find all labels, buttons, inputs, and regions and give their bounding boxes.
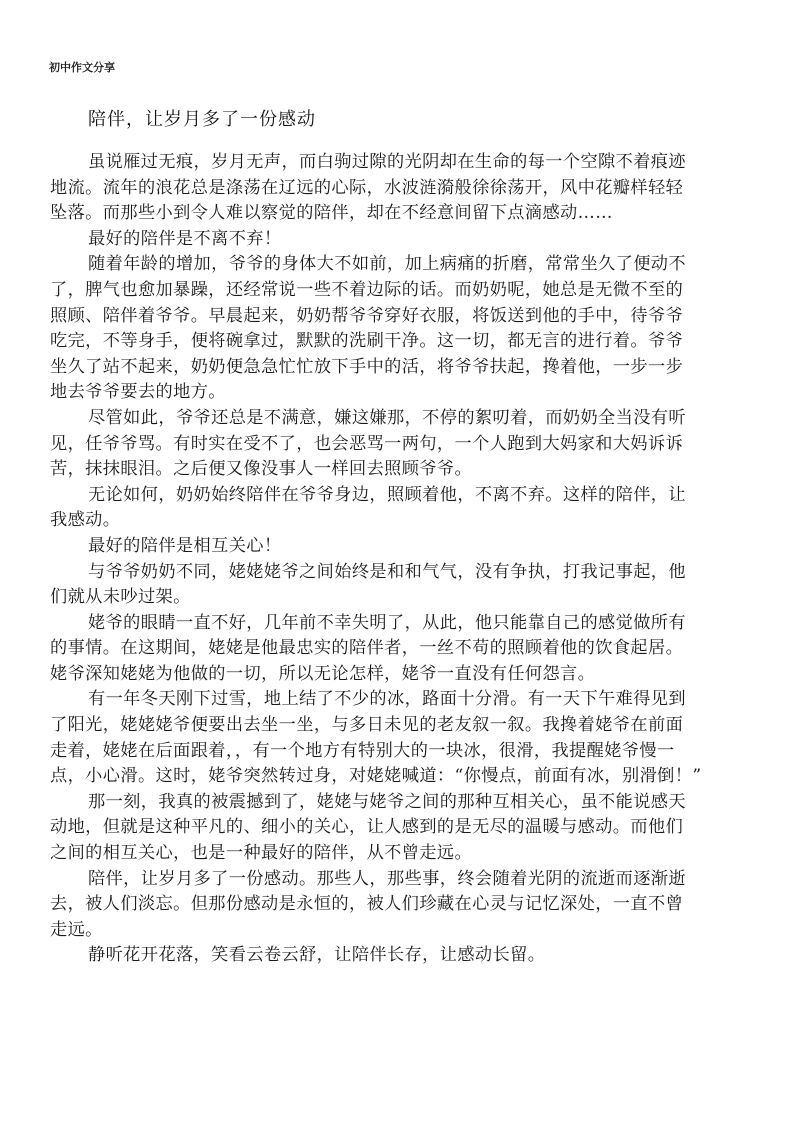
text-line: 有一年冬天刚下过雪，地上结了不少的冰，路面十分滑。有一天下午难得见到 <box>50 687 750 713</box>
text-line: 动地，但就是这种平凡的、细小的关心，让人感到的是无尽的温暖与感动。而他们 <box>50 815 750 841</box>
text-line: 了，脾气也愈加暴躁，还经常说一些不着边际的话。而奶奶呢，她总是无微不至的 <box>50 278 750 304</box>
text-line: 点，小心滑。这时，姥爷突然转过身，对姥姥喊道：“你慢点，前面有冰，别滑倒！” <box>50 764 750 790</box>
text-line: 了阳光，姥姥姥爷便要出去坐一坐，与多日未见的老友叙一叙。我搀着姥爷在前面 <box>50 713 750 739</box>
section-heading: 最好的陪伴是相互关心！ <box>50 534 750 560</box>
essay-title: 陪伴，让岁月多了一份感动 <box>88 105 316 131</box>
section-heading: 最好的陪伴是不离不弃！ <box>50 227 750 253</box>
text-line: 坠落。而那些小到令人难以察觉的陪伴，却在不经意间留下点滴感动…… <box>50 201 750 227</box>
text-line: 苦，抹抹眼泪。之后便又像没事人一样回去照顾爷爷。 <box>50 457 750 483</box>
text-line: 那一刻，我真的被震撼到了，姥姥与姥爷之间的那种互相关心，虽不能说感天 <box>50 790 750 816</box>
text-line: 姥爷的眼睛一直不好，几年前不幸失明了，从此，他只能靠自己的感觉做所有 <box>50 611 750 637</box>
text-line: 尽管如此，爷爷还总是不满意，嫌这嫌那，不停的絮叨着，而奶奶全当没有听 <box>50 406 750 432</box>
text-line: 吃完，不等身手，便将碗拿过，默默的洗刷干净。这一切，都无言的进行着。爷爷 <box>50 329 750 355</box>
text-line: 无论如何，奶奶始终陪伴在爷爷身边，照顾着他，不离不弃。这样的陪伴，让 <box>50 483 750 509</box>
text-line: 坐久了站不起来，奶奶便急急忙忙放下手中的活，将爷爷扶起，搀着他，一步一步 <box>50 355 750 381</box>
text-line: 静听花开花落，笑看云卷云舒，让陪伴长存，让感动长留。 <box>50 943 750 969</box>
text-line: 陪伴，让岁月多了一份感动。那些人，那些事，终会随着光阴的流逝而逐渐逝 <box>50 867 750 893</box>
essay-body: 虽说雁过无痕，岁月无声，而白驹过隙的光阴却在生命的每一个空隙不着痕迹 地流。流年… <box>50 150 750 969</box>
text-line: 之间的相互关心，也是一种最好的陪伴，从不曾走远。 <box>50 841 750 867</box>
page-header: 初中作文分享 <box>49 59 115 75</box>
text-line: 随着年龄的增加，爷爷的身体大不如前，加上病痛的折磨，常常坐久了便动不 <box>50 252 750 278</box>
text-line: 与爷爷奶奶不同，姥姥姥爷之间始终是和和气气，没有争执，打我记事起，他 <box>50 560 750 586</box>
text-line: 姥爷深知姥姥为他做的一切，所以无论怎样，姥爷一直没有任何怨言。 <box>50 662 750 688</box>
text-line: 走着，姥姥在后面跟着，，有一个地方有特别大的一块冰，很滑，我提醒姥爷慢一 <box>50 739 750 765</box>
text-line: 地流。流年的浪花总是涤荡在辽远的心际，水波涟漪般徐徐荡开，风中花瓣样轻轻 <box>50 176 750 202</box>
text-line: 们就从未吵过架。 <box>50 585 750 611</box>
text-line: 地去爷爷要去的地方。 <box>50 380 750 406</box>
text-line: 的事情。在这期间，姥姥是他最忠实的陪伴者，一丝不苟的照顾着他的饮食起居。 <box>50 636 750 662</box>
text-line: 照顾、陪伴着爷爷。早晨起来，奶奶帮爷爷穿好衣服，将饭送到他的手中，待爷爷 <box>50 304 750 330</box>
text-line: 见，任爷爷骂。有时实在受不了，也会恶骂一两句，一个人跑到大妈家和大妈诉诉 <box>50 432 750 458</box>
text-line: 去，被人们淡忘。但那份感动是永恒的，被人们珍藏在心灵与记忆深处，一直不曾 <box>50 892 750 918</box>
text-line: 我感动。 <box>50 508 750 534</box>
text-line: 走远。 <box>50 918 750 944</box>
text-line: 虽说雁过无痕，岁月无声，而白驹过隙的光阴却在生命的每一个空隙不着痕迹 <box>50 150 750 176</box>
